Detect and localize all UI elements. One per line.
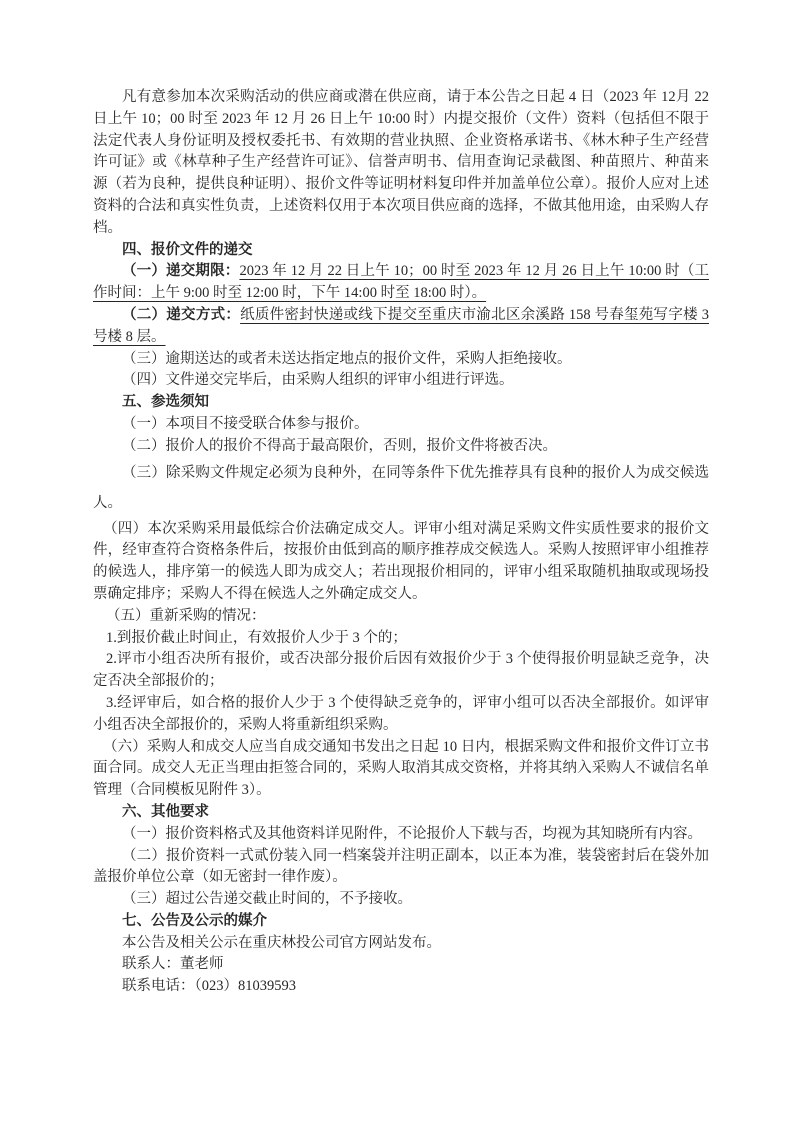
contact-name: 董老师 — [180, 956, 224, 972]
section7-heading: 七、公告及公示的媒介 — [93, 911, 709, 933]
section4-item3: （三）逾期送达的或者未送达指定地点的报价文件，采购人拒绝接收。 — [93, 349, 709, 371]
section5-item2-text: （二）报价人的报价不得高于最高限价，否则，报价文件将被否决。 — [122, 438, 557, 454]
section4-item4-text: （四）文件递交完毕后，由采购人组织的评审小组进行评选。 — [122, 372, 514, 388]
section4-item1-submission-deadline: （一）递交期限：2023 年 12 月 22 日上午 10；00 时至 2023… — [93, 261, 709, 305]
phone-number: （023）81039593 — [195, 978, 297, 994]
section5-item5-sub2: 2.评市小组否决所有报价，或否决部分报价后因有效报价少于 3 个使得报价明显缺乏… — [93, 649, 709, 693]
intro-text: 凡有意参加本次采购活动的供应商或潜在供应商，请于本公告之日起 4 日（2023 … — [93, 89, 709, 236]
section5-item4: （四）本次采购采用最低综合价法确定成交人。评审小组对满足采购文件实质性要求的报价… — [93, 519, 709, 606]
document-page: 凡有意参加本次采购活动的供应商或潜在供应商，请于本公告之日起 4 日（2023 … — [0, 0, 800, 1132]
section4-item3-text: （三）逾期送达的或者未送达指定地点的报价文件，采购人拒绝接收。 — [122, 351, 572, 367]
section5-item5-text: （五）重新采购的情况： — [106, 608, 266, 624]
section5-item1: （一）本项目不接受联合体参与报价。 — [93, 414, 709, 436]
section5-item5-sub3: 3.经评审后，如合格的报价人少于 3 个使得缺乏竞争的，评审小组可以否决全部报价… — [93, 693, 709, 737]
section4-heading: 四、报价文件的递交 — [93, 240, 709, 262]
section4-item1-label: （一）递交期限： — [122, 263, 239, 279]
section6-item1: （一）报价资料格式及其他资料详见附件，不论报价人下载与否，均视为其知晓所有内容。 — [93, 824, 709, 846]
section5-item2: （二）报价人的报价不得高于最高限价，否则，报价文件将被否决。 — [93, 436, 709, 458]
section5-item3-text: （三）除采购文件规定必须为良种外，在同等条件下优先推荐具有良种的报价人为成交候选… — [93, 465, 709, 512]
section5-item6: （六）采购人和成交人应当自成交通知书发出之日起 10 日内，根据采购文件和报价文… — [93, 737, 709, 802]
contact-phone-line: 联系电话：（023）81039593 — [93, 976, 709, 998]
section6-item1-text: （一）报价资料格式及其他资料详见附件，不论报价人下载与否，均视为其知晓所有内容。 — [122, 826, 702, 842]
section6-item3-text: （三）超过公告递交截止时间的，不予接收。 — [122, 891, 412, 907]
section5-item5: （五）重新采购的情况： — [93, 606, 709, 628]
publish-info-text: 本公告及相关公示在重庆林投公司官方网站发布。 — [122, 935, 441, 951]
section6-item2: （二）报价资料一式贰份装入同一档案袋并注明正副本，以正本为准，装袋密封后在袋外加… — [93, 846, 709, 890]
section5-heading-text: 五、参选须知 — [122, 394, 209, 410]
section6-heading: 六、其他要求 — [93, 802, 709, 824]
contact-person-line: 联系人：董老师 — [93, 954, 709, 976]
phone-label: 联系电话： — [122, 978, 195, 994]
section5-item4-text: （四）本次采购采用最低综合价法确定成交人。评审小组对满足采购文件实质性要求的报价… — [93, 521, 709, 602]
section6-heading-text: 六、其他要求 — [122, 804, 209, 820]
section5-item5-sub2-text: 2.评市小组否决所有报价，或否决部分报价后因有效报价少于 3 个使得报价明显缺乏… — [93, 651, 709, 689]
section6-item2-text: （二）报价资料一式贰份装入同一档案袋并注明正副本，以正本为准，装袋密封后在袋外加… — [93, 848, 709, 886]
publish-info: 本公告及相关公示在重庆林投公司官方网站发布。 — [93, 933, 709, 955]
section5-item5-sub1-text: 1.到报价截止时间止，有效报价人少于 3 个的； — [106, 630, 407, 646]
section5-item3: （三）除采购文件规定必须为良种外，在同等条件下优先推荐具有良种的报价人为成交候选… — [93, 458, 709, 519]
section5-item5-sub3-text: 3.经评审后，如合格的报价人少于 3 个使得缺乏竞争的，评审小组可以否决全部报价… — [93, 695, 709, 733]
section4-item2-label: （二）递交方式： — [122, 307, 240, 323]
contact-label: 联系人： — [122, 956, 180, 972]
intro-paragraph: 凡有意参加本次采购活动的供应商或潜在供应商，请于本公告之日起 4 日（2023 … — [93, 87, 709, 240]
section5-item5-sub1: 1.到报价截止时间止，有效报价人少于 3 个的； — [93, 628, 709, 650]
section5-item6-text: （六）采购人和成交人应当自成交通知书发出之日起 10 日内，根据采购文件和报价文… — [93, 739, 709, 799]
section6-item3: （三）超过公告递交截止时间的，不予接收。 — [93, 889, 709, 911]
section4-item2-submission-method: （二）递交方式：纸质件密封快递或线下提交至重庆市渝北区余溪路 158 号春玺苑写… — [93, 305, 709, 349]
section5-item1-text: （一）本项目不接受联合体参与报价。 — [122, 416, 369, 432]
section5-heading: 五、参选须知 — [93, 392, 709, 414]
section7-heading-text: 七、公告及公示的媒介 — [122, 913, 267, 929]
section4-item4: （四）文件递交完毕后，由采购人组织的评审小组进行评选。 — [93, 370, 709, 392]
section4-heading-text: 四、报价文件的递交 — [122, 242, 253, 258]
announcement-body: 凡有意参加本次采购活动的供应商或潜在供应商，请于本公告之日起 4 日（2023 … — [93, 87, 709, 998]
